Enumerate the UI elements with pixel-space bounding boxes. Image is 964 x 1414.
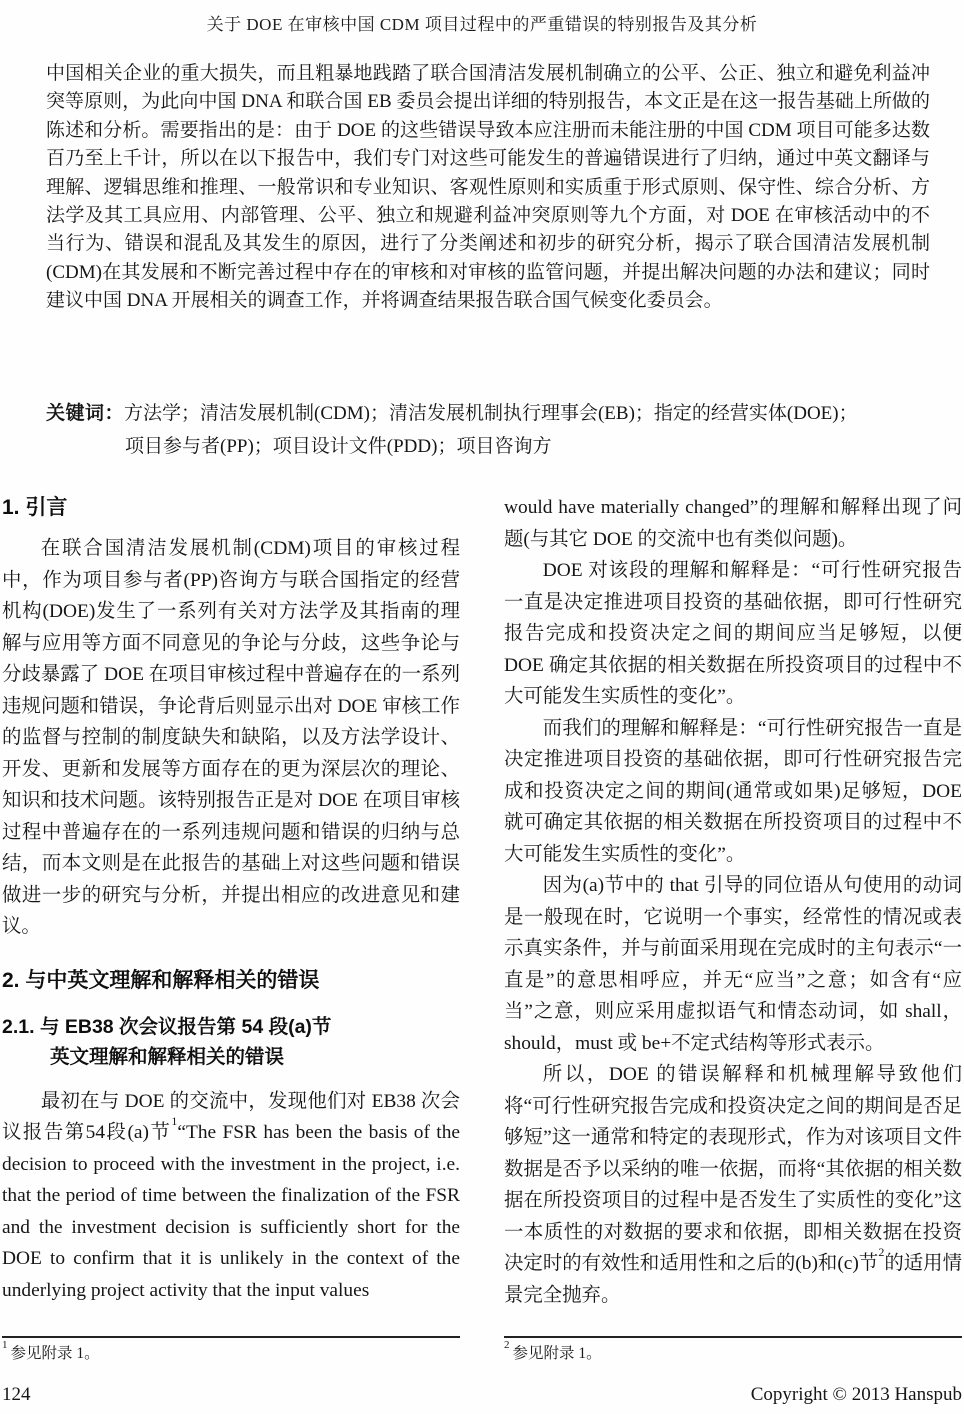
footnote-1-marker: 1 xyxy=(2,1339,8,1351)
section-1-paragraph: 在联合国清洁发展机制(CDM)项目的审核过程中，作为项目参与者(PP)咨询方与联… xyxy=(2,533,460,943)
footnote-separator-rule xyxy=(504,1336,962,1338)
footnote-2-block: 2参见附录 1。 xyxy=(504,1332,962,1364)
grammar-analysis-paragraph: 因为(a)节中的 that 引导的同位语从句使用的动词是一般现在时，它说明一个事… xyxy=(504,870,962,1059)
left-column: 1. 引言 在联合国清洁发展机制(CDM)项目的审核过程中，作为项目参与者(PP… xyxy=(2,492,460,1364)
keywords-label: 关键词： xyxy=(46,403,124,424)
keywords-text-line2: 项目参与者(PP)；项目设计文件(PDD)；项目咨询方 xyxy=(46,430,936,463)
section-2-1-heading: 2.1. 与 EB38 次会议报告第 54 段(a)节 英文理解和解释相关的错误 xyxy=(2,1012,460,1072)
keywords-line-1: 关键词：方法学；清洁发展机制(CDM)；清洁发展机制执行理事会(EB)；指定的经… xyxy=(46,397,936,430)
copyright-notice: Copyright © 2013 Hanspub xyxy=(751,1384,962,1406)
document-page: 关于 DOE 在审核中国 CDM 项目过程中的严重错误的特别报告及其分析 中国相… xyxy=(0,0,964,1414)
right-column: would have materially changed”的理解和解释出现了问… xyxy=(504,492,962,1364)
continued-paragraph: would have materially changed”的理解和解释出现了问… xyxy=(504,492,962,555)
section-1-heading: 1. 引言 xyxy=(2,494,460,521)
footnote-1-block: 1参见附录 1。 xyxy=(2,1332,460,1364)
doe-interpretation-paragraph: DOE 对该段的理解和解释是：“可行性研究报告一直是决定推进项目投资的基础依据，… xyxy=(504,555,962,713)
footnote-1-text: 参见附录 1。 xyxy=(11,1345,100,1362)
footnote-reference-2: 2 xyxy=(878,1245,884,1259)
section-2-heading: 2. 与中英文理解和解释相关的错误 xyxy=(2,967,460,994)
two-column-body: 1. 引言 在联合国清洁发展机制(CDM)项目的审核过程中，作为项目参与者(PP… xyxy=(2,492,962,1364)
conclusion-paragraph: 所以，DOE 的错误解释和机械理解导致他们将“可行性研究报告完成和投资决定之间的… xyxy=(504,1059,962,1311)
footnote-reference-1: 1 xyxy=(171,1114,177,1128)
section-2-1-heading-line2: 英文理解和解释相关的错误 xyxy=(2,1042,460,1072)
footnote-separator-rule xyxy=(2,1336,460,1338)
section-2-1-heading-line1: 2.1. 与 EB38 次会议报告第 54 段(a)节 xyxy=(2,1012,460,1042)
footnote-2-text: 参见附录 1。 xyxy=(513,1345,602,1362)
abstract-paragraph: 中国相关企业的重大损失，而且粗暴地践踏了联合国清洁发展机制确立的公平、公正、独立… xyxy=(46,60,930,316)
paragraph-quoted-english-text: “The FSR has been the basis of the decis… xyxy=(2,1122,460,1301)
conclusion-text-before-footnote: 所以，DOE 的错误解释和机械理解导致他们将“可行性研究报告完成和投资决定之间的… xyxy=(504,1064,962,1274)
section-2-1-paragraph: 最初在与 DOE 的交流中，发现他们对 EB38 次会议报告第54段(a)节1“… xyxy=(2,1086,460,1307)
keywords-text-line1: 方法学；清洁发展机制(CDM)；清洁发展机制执行理事会(EB)；指定的经营实体(… xyxy=(124,403,858,424)
page-number: 124 xyxy=(2,1384,31,1406)
page-footer: 124 Copyright © 2013 Hanspub xyxy=(2,1384,962,1406)
footnote-2-marker: 2 xyxy=(504,1339,510,1351)
running-head-title: 关于 DOE 在审核中国 CDM 项目过程中的严重错误的特别报告及其分析 xyxy=(0,10,964,35)
keywords-block: 关键词：方法学；清洁发展机制(CDM)；清洁发展机制执行理事会(EB)；指定的经… xyxy=(46,397,936,463)
our-interpretation-paragraph: 而我们的理解和解释是：“可行性研究报告一直是决定推进项目投资的基础依据，即可行性… xyxy=(504,713,962,871)
